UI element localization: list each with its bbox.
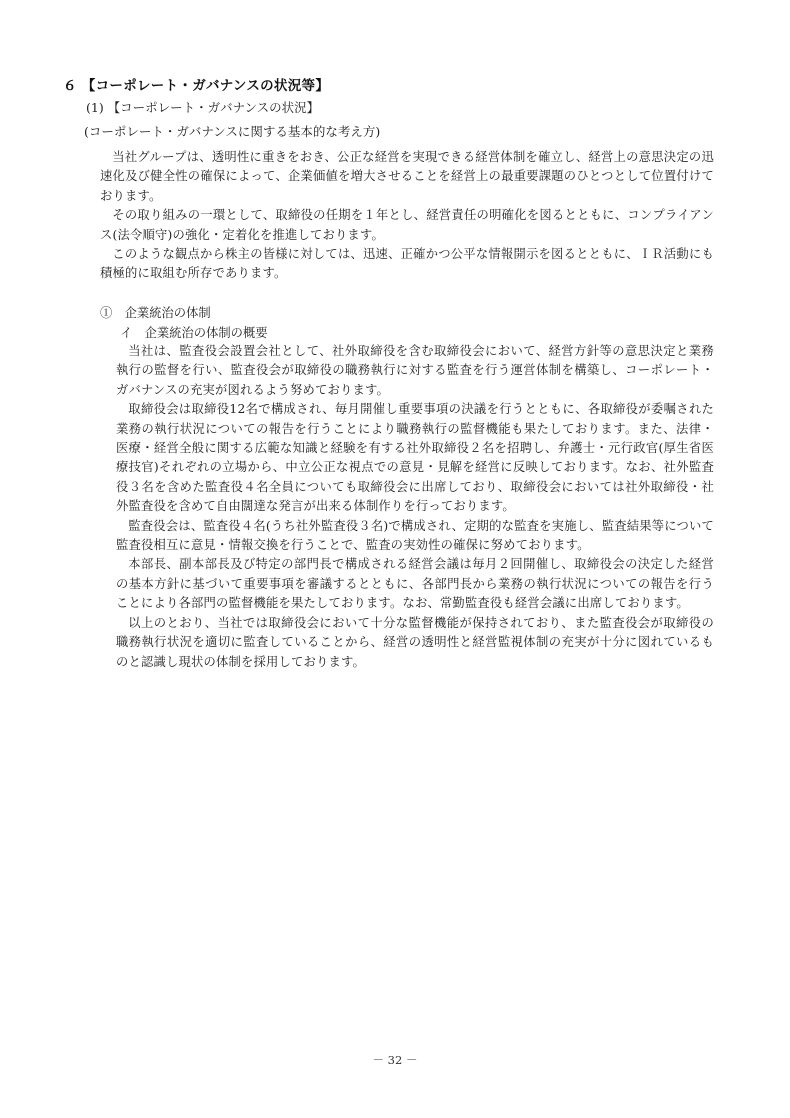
- paragraph: その取り組みの一環として、取締役の任期を１年とし、経営責任の明確化を図るとともに…: [100, 206, 714, 245]
- paragraph: 取締役会は取締役12名で構成され、毎月開催し重要事項の決議を行うとともに、各取締…: [116, 400, 714, 516]
- paragraph: 当社は、監査役会設置会社として、社外取締役を含む取締役会において、経営方針等の意…: [116, 342, 714, 400]
- item-1a-title: イ 企業統治の体制の概要: [120, 323, 268, 341]
- governance-overview-paragraphs: 当社は、監査役会設置会社として、社外取締役を含む取締役会において、経営方針等の意…: [116, 342, 714, 672]
- paragraph: 当社グループは、透明性に重きをおき、公正な経営を実現できる経営体制を確立し、経営…: [100, 148, 714, 206]
- paragraph: 以上のとおり、当社では取締役会において十分な監督機能が保持されており、また監査役…: [116, 614, 714, 672]
- subsection-heading: (1) 【コーポレート・ガバナンスの状況】: [86, 98, 319, 116]
- paragraph: 本部長、副本部長及び特定の部門長で構成される経営会議は毎月２回開催し、取締役会の…: [116, 555, 714, 613]
- item-1-title: ① 企業統治の体制: [100, 303, 211, 321]
- paragraph: 監査役会は、監査役４名(うち社外監査役３名)で構成され、定期的な監査を実施し、監…: [116, 517, 714, 556]
- section-heading: ６ 【コーポレート・ガバナンスの状況等】: [63, 74, 329, 94]
- basic-policy-paragraphs: 当社グループは、透明性に重きをおき、公正な経営を実現できる経営体制を確立し、経営…: [100, 148, 714, 284]
- paragraph: このような観点から株主の皆様に対しては、迅速、正確かつ公平な情報開示を図るととも…: [100, 245, 714, 284]
- basic-policy-label: (コーポレート・ガバナンスに関する基本的な考え方): [84, 122, 380, 140]
- page-number: － 32 －: [0, 1052, 790, 1068]
